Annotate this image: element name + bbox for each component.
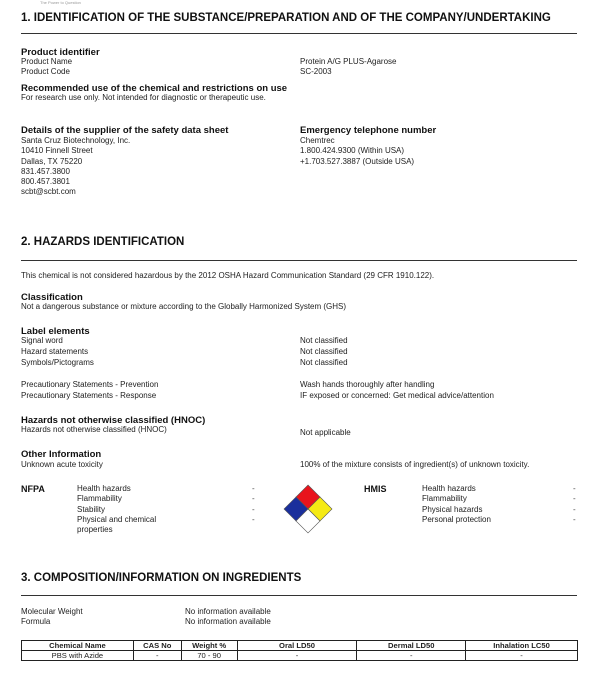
col-dermal-ld50: Dermal LD50 [357, 641, 466, 651]
hmis-physical-hazards: Physical hazards [422, 505, 491, 515]
section-1-divider [21, 33, 577, 34]
company-tagline: The Power to Question [40, 0, 81, 5]
hmis-physical-value: - [573, 505, 576, 514]
nfpa-flammability-value: - [252, 494, 255, 503]
col-weight: Weight % [181, 641, 237, 651]
other-info-heading: Other Information [21, 449, 101, 460]
hnoc-value: Not applicable [300, 428, 351, 438]
cell-chemical-name: PBS with Azide [22, 651, 134, 661]
hmis-label: HMIS [364, 484, 387, 494]
hazard-statements-value: Not classified [300, 347, 348, 357]
product-code-label: Product Code [21, 67, 70, 77]
formula-label: Formula [21, 617, 50, 627]
section-2-divider [21, 260, 577, 261]
recommended-use-text: For research use only. Not intended for … [21, 93, 266, 103]
pictograms-value: Not classified [300, 358, 348, 368]
table-row: PBS with Azide - 70 - 90 - - - [22, 651, 578, 661]
molecular-weight-label: Molecular Weight [21, 607, 83, 617]
col-chemical-name: Chemical Name [22, 641, 134, 651]
supplier-heading: Details of the supplier of the safety da… [21, 125, 228, 136]
nfpa-label: NFPA [21, 484, 45, 494]
emergency-details: Chemtrec 1.800.424.9300 (Within USA) +1.… [300, 136, 414, 167]
product-code-value: SC-2003 [300, 67, 332, 77]
supplier-details: Santa Cruz Biotechnology, Inc. 10410 Fin… [21, 136, 130, 198]
product-name-label: Product Name [21, 57, 72, 67]
supplier-phone-2: 800.457.3801 [21, 177, 130, 187]
acute-toxicity-value: 100% of the mixture consists of ingredie… [300, 460, 529, 470]
acute-toxicity-label: Unknown acute toxicity [21, 460, 103, 470]
signal-word-value: Not classified [300, 336, 348, 346]
section-1-title: 1. IDENTIFICATION OF THE SUBSTANCE/PREPA… [21, 12, 551, 24]
cell-dermal-ld50: - [357, 651, 466, 661]
nfpa-properties: properties [77, 525, 156, 535]
pictograms-label: Symbols/Pictograms [21, 358, 94, 368]
hmis-flammability: Flammability [422, 494, 491, 504]
nfpa-diamond-icon [283, 484, 333, 534]
hmis-personal-protection: Personal protection [422, 515, 491, 525]
nfpa-items: Health hazards Flammability Stability Ph… [77, 484, 156, 535]
cell-cas-no: - [133, 651, 181, 661]
col-oral-ld50: Oral LD50 [237, 641, 357, 651]
hmis-health-hazards: Health hazards [422, 484, 491, 494]
cell-weight: 70 - 90 [181, 651, 237, 661]
col-inhalation-lc50: Inhalation LC50 [466, 641, 578, 651]
section-2-title: 2. HAZARDS IDENTIFICATION [21, 236, 184, 248]
emergency-provider: Chemtrec [300, 136, 414, 146]
precaution-prevention-label: Precautionary Statements - Prevention [21, 380, 158, 390]
osha-statement: This chemical is not considered hazardou… [21, 271, 434, 281]
emergency-phone-usa: 1.800.424.9300 (Within USA) [300, 146, 414, 156]
emergency-heading: Emergency telephone number [300, 125, 436, 136]
nfpa-physical-value: - [252, 515, 255, 524]
nfpa-flammability: Flammability [77, 494, 156, 504]
nfpa-stability-value: - [252, 505, 255, 514]
composition-table: Chemical Name CAS No Weight % Oral LD50 … [21, 640, 578, 661]
nfpa-health-value: - [252, 484, 255, 493]
supplier-name: Santa Cruz Biotechnology, Inc. [21, 136, 130, 146]
precaution-response-label: Precautionary Statements - Response [21, 391, 156, 401]
section-3-divider [21, 595, 577, 596]
nfpa-stability: Stability [77, 505, 156, 515]
precaution-response-value: IF exposed or concerned: Get medical adv… [300, 391, 494, 401]
hazard-statements-label: Hazard statements [21, 347, 88, 357]
hmis-protection-value: - [573, 515, 576, 524]
section-3-title: 3. COMPOSITION/INFORMATION ON INGREDIENT… [21, 572, 301, 584]
supplier-phone-1: 831.457.3800 [21, 167, 130, 177]
emergency-phone-intl: +1.703.527.3887 (Outside USA) [300, 157, 414, 167]
supplier-street: 10410 Finnell Street [21, 146, 130, 156]
classification-text: Not a dangerous substance or mixture acc… [21, 302, 346, 312]
molecular-weight-value: No information available [185, 607, 271, 617]
hnoc-label: Hazards not otherwise classified (HNOC) [21, 425, 167, 435]
supplier-email: scbt@scbt.com [21, 187, 130, 197]
nfpa-physical-chemical: Physical and chemical [77, 515, 156, 525]
product-name-value: Protein A/G PLUS-Agarose [300, 57, 397, 67]
cell-oral-ld50: - [237, 651, 357, 661]
hmis-items: Health hazards Flammability Physical haz… [422, 484, 491, 525]
hmis-flammability-value: - [573, 494, 576, 503]
col-cas-no: CAS No [133, 641, 181, 651]
cell-inhalation-lc50: - [466, 651, 578, 661]
nfpa-health-hazards: Health hazards [77, 484, 156, 494]
signal-word-label: Signal word [21, 336, 63, 346]
precaution-prevention-value: Wash hands thoroughly after handling [300, 380, 434, 390]
formula-value: No information available [185, 617, 271, 627]
table-header-row: Chemical Name CAS No Weight % Oral LD50 … [22, 641, 578, 651]
hmis-health-value: - [573, 484, 576, 493]
supplier-city: Dallas, TX 75220 [21, 157, 130, 167]
